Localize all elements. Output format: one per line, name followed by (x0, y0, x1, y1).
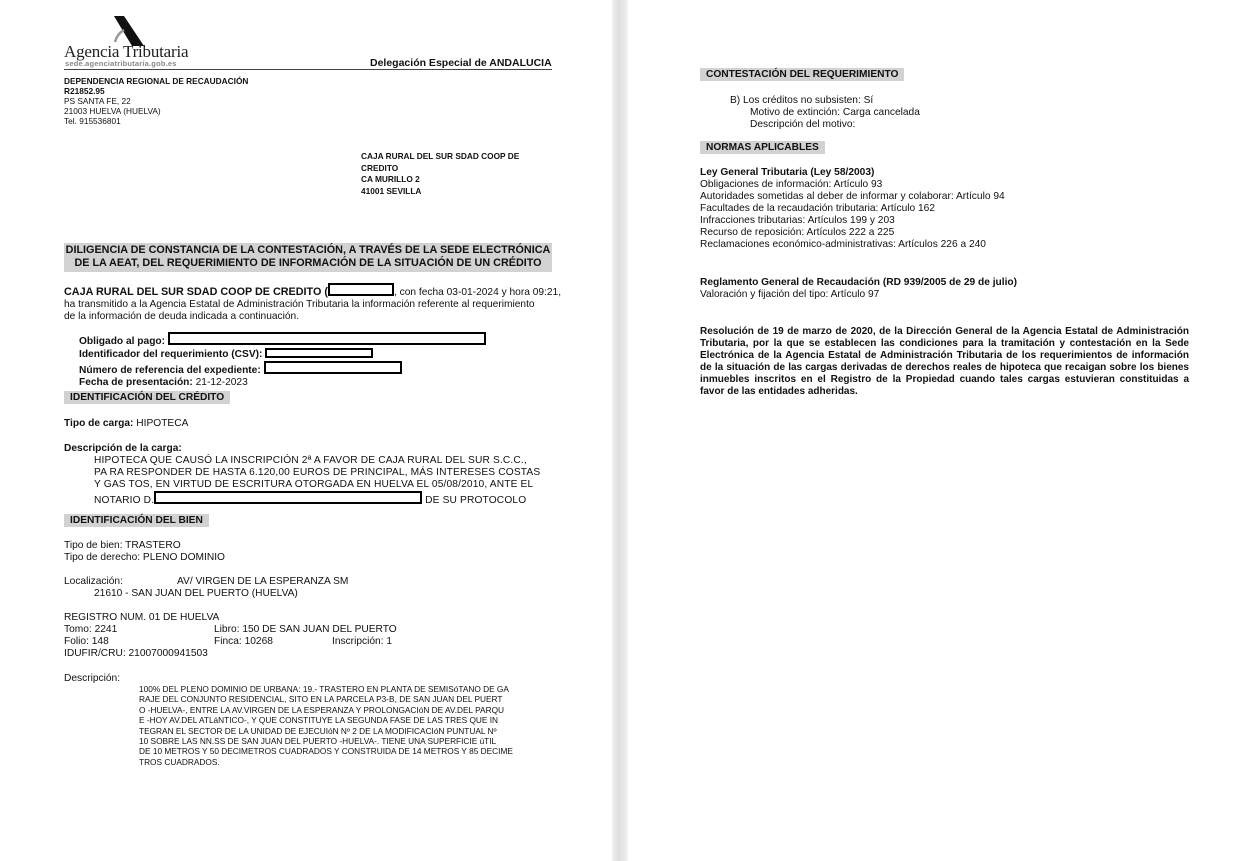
idufir: IDUFIR/CRU: 21007000941503 (64, 648, 564, 660)
contestacion-line-3: Descripción del motivo: (730, 119, 920, 131)
lgt-item: Recurso de reposición: Artículos 222 a 2… (700, 227, 1200, 239)
descripcion-bien-line: 100% DEL PLENO DOMINIO DE URBANA: 19.- T… (139, 684, 559, 694)
redaction-box (265, 348, 373, 358)
redaction-box (328, 283, 394, 296)
tipo-carga-label: Tipo de carga: (64, 418, 133, 429)
redaction-box (154, 491, 422, 504)
intro-date: , con fecha 03-01-2024 y hora 09:21, (394, 287, 561, 298)
sender-street: PS SANTA FE, 22 (64, 96, 248, 106)
document-page-2: CONTESTACIÓN DEL REQUERIMIENTO B) Los cr… (628, 0, 1238, 861)
descripcion-bien-line: DE 10 METROS Y 50 DECIMETROS CUADRADOS Y… (139, 746, 559, 756)
rgr-title: Reglamento General de Recaudación (RD 93… (700, 277, 1200, 289)
lgt-item: Facultades de la recaudación tributaria:… (700, 203, 1200, 215)
fecha-label: Fecha de presentación: (79, 377, 193, 388)
section-header-bien: IDENTIFICACIÓN DEL BIEN (64, 514, 209, 527)
descripcion-carga: Descripción de la carga: HIPOTECA QUE CA… (64, 443, 559, 507)
registro: REGISTRO NUM. 01 DE HUELVA (64, 612, 564, 624)
contestacion-line-2: Motivo de extinción: Carga cancelada (730, 107, 920, 119)
section-credito: IDENTIFICACIÓN DEL CRÉDITO (64, 392, 230, 404)
redaction-box (168, 332, 486, 345)
redaction-box (264, 361, 402, 374)
desc-carga-line-end: DE SU PROTOCOLO (425, 495, 526, 506)
document-title: DILIGENCIA DE CONSTANCIA DE LA CONTESTAC… (64, 243, 552, 272)
desc-carga-label: Descripción de la carga: (64, 443, 559, 455)
bien-details: Tipo de bien: TRASTERO Tipo de derecho: … (64, 540, 564, 660)
section-header-contestacion: CONTESTACIÓN DEL REQUERIMIENTO (700, 68, 904, 81)
section-header-credito: IDENTIFICACIÓN DEL CRÉDITO (64, 391, 230, 404)
page-divider (612, 0, 628, 861)
recipient-line-1: CAJA RURAL DEL SUR SDAD COOP DE (361, 151, 519, 163)
title-line-2: DE LA AEAT, DEL REQUERIMIENTO DE INFORMA… (64, 257, 552, 270)
sender-phone: Tel. 915536801 (64, 116, 248, 126)
normas-lgt: Ley General Tributaria (Ley 58/2003) Obl… (700, 167, 1200, 251)
localizacion-label: Localización: (64, 576, 177, 588)
rgr-item: Valoración y fijación del tipo: Artículo… (700, 289, 1200, 301)
desc-carga-line: PA RA RESPONDER DE HASTA 6.120,00 EUROS … (94, 467, 559, 479)
intro-line-2: ha transmitido a la Agencia Estatal de A… (64, 299, 564, 311)
requirement-fields: Obligado al pago: Identificador del requ… (79, 332, 486, 389)
lgt-item: Autoridades sometidas al deber de inform… (700, 191, 1200, 203)
resolucion-paragraph: Resolución de 19 de marzo de 2020, de la… (700, 326, 1189, 398)
recipient-line-4: 41001 SEVILLA (361, 186, 519, 198)
desc-carga-line: Y GAS TOS, EN VIRTUD DE ESCRITURA OTORGA… (94, 479, 559, 491)
contestacion-line-1: B) Los créditos no subsisten: Sí (730, 95, 920, 107)
descripcion-bien-line: TEGRAN EL SECTOR DE LA UNIDAD DE EJECUIó… (139, 726, 559, 736)
logo-url: sede.agenciatributaria.gob.es (65, 59, 177, 68)
tipo-carga: Tipo de carga: HIPOTECA (64, 418, 188, 430)
folio: Folio: 148 (64, 636, 214, 648)
descripcion-bien-line: RAJE DEL CONJUNTO RESIDENCIAL, SITO EN L… (139, 694, 559, 704)
fecha-value: 21-12-2023 (193, 377, 248, 388)
title-line-1: DILIGENCIA DE CONSTANCIA DE LA CONTESTAC… (64, 244, 552, 257)
descripcion-bien-line: E -HOY AV.DEL ATLáNTICO-, Y QUE CONSTITU… (139, 715, 559, 725)
expediente-label: Número de referencia del expediente: (79, 365, 261, 376)
tipo-derecho: Tipo de derecho: PLENO DOMINIO (64, 552, 564, 564)
descripcion-bien-text: 100% DEL PLENO DOMINIO DE URBANA: 19.- T… (139, 684, 559, 767)
desc-carga-line: NOTARIO D. (94, 495, 154, 506)
finca: Finca: 10268 (214, 636, 332, 648)
tipo-carga-value: HIPOTECA (133, 418, 188, 429)
section-normas: NORMAS APLICABLES (700, 142, 825, 154)
libro: Libro: 150 DE SAN JUAN DEL PUERTO (214, 624, 397, 635)
lgt-item: Reclamaciones económico-administrativas:… (700, 239, 1200, 251)
tomo: Tomo: 2241 (64, 624, 214, 636)
intro-entity: CAJA RURAL DEL SUR SDAD COOP DE CREDITO … (64, 286, 328, 298)
tipo-bien: Tipo de bien: TRASTERO (64, 540, 564, 552)
descripcion-bien-line: TROS CUADRADOS. (139, 757, 559, 767)
descripcion-bien-label: Descripción: (64, 673, 120, 685)
localizacion-city: 21610 - SAN JUAN DEL PUERTO (HUELVA) (64, 588, 564, 600)
intro-paragraph: CAJA RURAL DEL SUR SDAD COOP DE CREDITO … (64, 283, 564, 323)
sender-code: R21852.95 (64, 86, 248, 96)
normas-rgr: Reglamento General de Recaudación (RD 93… (700, 277, 1200, 301)
delegacion-title: Delegación Especial de ANDALUCIA (370, 57, 552, 69)
recipient-address: CAJA RURAL DEL SUR SDAD COOP DE CREDITO … (361, 151, 519, 197)
header-rule (64, 69, 552, 70)
descripcion-bien-line: O -HUELVA-, ENTRE LA AV.VIRGEN DE LA ESP… (139, 705, 559, 715)
section-bien: IDENTIFICACIÓN DEL BIEN (64, 515, 209, 527)
localizacion-value: AV/ VIRGEN DE LA ESPERANZA SM (177, 576, 348, 587)
obligado-label: Obligado al pago: (79, 336, 165, 347)
inscripcion: Inscripción: 1 (332, 636, 392, 647)
lgt-items: Obligaciones de información: Artículo 93… (700, 179, 1200, 251)
intro-line-3: de la información de deuda indicada a co… (64, 311, 564, 323)
sender-dependencia: DEPENDENCIA REGIONAL DE RECAUDACIÓN (64, 76, 248, 86)
sender-address: DEPENDENCIA REGIONAL DE RECAUDACIÓN R218… (64, 76, 248, 126)
section-header-normas: NORMAS APLICABLES (700, 141, 825, 154)
csv-label: Identificador del requerimiento (CSV): (79, 349, 262, 360)
lgt-title: Ley General Tributaria (Ley 58/2003) (700, 167, 1200, 179)
lgt-item: Obligaciones de información: Artículo 93 (700, 179, 1200, 191)
recipient-line-2: CREDITO (361, 163, 519, 175)
section-contestacion: CONTESTACIÓN DEL REQUERIMIENTO (700, 69, 904, 81)
document-page-1: Agencia Tributaria sede.agenciatributari… (0, 0, 612, 861)
contestacion-details: B) Los créditos no subsisten: Sí Motivo … (730, 95, 920, 131)
sender-city: 21003 HUELVA (HUELVA) (64, 106, 248, 116)
descripcion-bien-line: 10 SOBRE LAS NN.SS DE SAN JUAN DEL PUERT… (139, 736, 559, 746)
desc-carga-line: HIPOTECA QUE CAUSÓ LA INSCRIPCIÓN 2ª A F… (94, 455, 559, 467)
recipient-line-3: CA MURILLO 2 (361, 174, 519, 186)
lgt-item: Infracciones tributarias: Artículos 199 … (700, 215, 1200, 227)
